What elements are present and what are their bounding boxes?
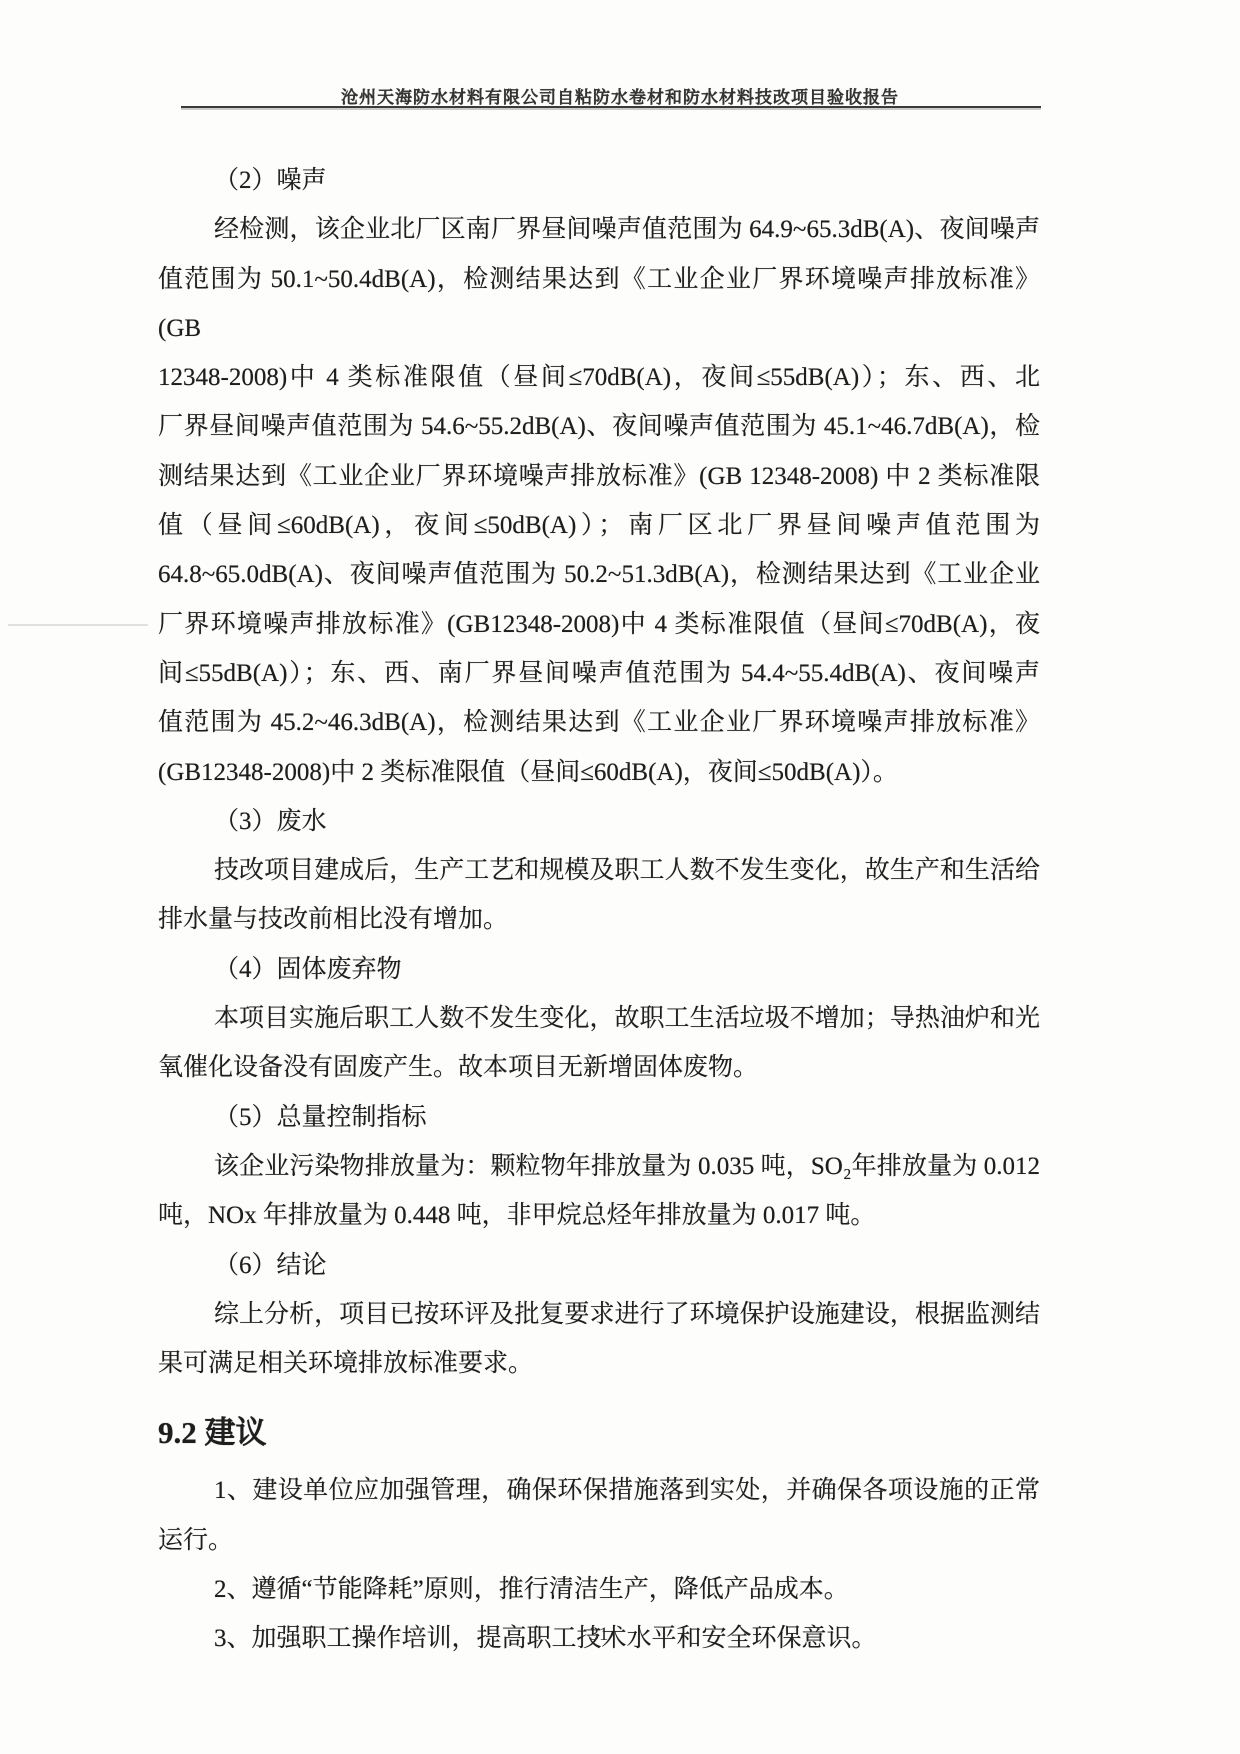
section-heading: 9.2 建议 bbox=[158, 1406, 1040, 1460]
paragraph: 该企业污染物排放量为：颗粒物年排放量为 0.035 吨，SO₂年排放量为 0.0… bbox=[158, 1142, 1040, 1241]
text-line: 该企业污染物排放量为：颗粒物年排放量为 0.035 吨，SO₂年排放量为 0.0… bbox=[158, 1142, 1040, 1191]
text-line: 运行。 bbox=[158, 1516, 1040, 1565]
text-line: 厂界环境噪声排放标准》(GB12348-2008)中 4 类标准限值（昼间≤70… bbox=[158, 600, 1040, 649]
page-footer: 31 bbox=[158, 1622, 1040, 1648]
text-line: 值范围为 45.2~46.3dB(A)，检测结果达到《工业企业厂界环境噪声排放标… bbox=[158, 698, 1040, 747]
text-line: 值范围为 50.1~50.4dB(A)，检测结果达到《工业企业厂界环境噪声排放标… bbox=[158, 255, 1040, 354]
paragraph: 技改项目建成后，生产工艺和规模及职工人数不发生变化，故生产和生活给排水量与技改前… bbox=[158, 846, 1040, 945]
text-line: 64.8~65.0dB(A)、夜间噪声值范围为 50.2~51.3dB(A)，检… bbox=[158, 550, 1040, 599]
page-number: 31 bbox=[590, 1624, 609, 1645]
text-line: 厂界昼间噪声值范围为 54.6~55.2dB(A)、夜间噪声值范围为 45.1~… bbox=[158, 402, 1040, 451]
text-line: 1、建设单位应加强管理，确保环保措施落到实处，并确保各项设施的正常 bbox=[158, 1466, 1040, 1515]
section-subheading: （3）废水 bbox=[158, 797, 1040, 846]
text-line: 测结果达到《工业企业厂界环境噪声排放标准》(GB 12348-2008) 中 2… bbox=[158, 452, 1040, 501]
paragraph: 2、遵循“节能降耗”原则，推行清洁生产，降低产品成本。 bbox=[158, 1565, 1040, 1614]
running-header-title: 沧州天海防水材料有限公司自粘防水卷材和防水材料技改项目验收报告 bbox=[0, 83, 1240, 108]
text-line: (GB12348-2008)中 2 类标准限值（昼间≤60dB(A)，夜间≤50… bbox=[158, 748, 1040, 797]
document-body: （2）噪声经检测，该企业北厂区南厂界昼间噪声值范围为 64.9~65.3dB(A… bbox=[158, 156, 1040, 1664]
section-subheading: （6）结论 bbox=[158, 1241, 1040, 1290]
section-subheading: （2）噪声 bbox=[158, 156, 1040, 205]
section-subheading: （4）固体废弃物 bbox=[158, 945, 1040, 994]
text-line: 经检测，该企业北厂区南厂界昼间噪声值范围为 64.9~65.3dB(A)、夜间噪… bbox=[158, 205, 1040, 254]
paragraph: 1、建设单位应加强管理，确保环保措施落到实处，并确保各项设施的正常运行。 bbox=[158, 1466, 1040, 1565]
text-line: 2、遵循“节能降耗”原则，推行清洁生产，降低产品成本。 bbox=[158, 1565, 1040, 1614]
paragraph: 综上分析，项目已按环评及批复要求进行了环境保护设施建设，根据监测结果可满足相关环… bbox=[158, 1290, 1040, 1389]
text-line: 值（昼间≤60dB(A)，夜间≤50dB(A)）；南厂区北厂界昼间噪声值范围为 bbox=[158, 501, 1040, 550]
header-rule bbox=[181, 106, 1041, 108]
text-line: 间≤55dB(A)）；东、西、南厂界昼间噪声值范围为 54.4~55.4dB(A… bbox=[158, 649, 1040, 698]
text-line: 综上分析，项目已按环评及批复要求进行了环境保护设施建设，根据监测结 bbox=[158, 1290, 1040, 1339]
text-line: 果可满足相关环境排放标准要求。 bbox=[158, 1339, 1040, 1388]
text-line: 吨，NOx 年排放量为 0.448 吨，非甲烷总烃年排放量为 0.017 吨。 bbox=[158, 1191, 1040, 1240]
scan-artifact-line bbox=[8, 624, 148, 626]
paragraph: 本项目实施后职工人数不发生变化，故职工生活垃圾不增加；导热油炉和光氧催化设备没有… bbox=[158, 994, 1040, 1093]
section-subheading: （5）总量控制指标 bbox=[158, 1093, 1040, 1142]
document-page: 沧州天海防水材料有限公司自粘防水卷材和防水材料技改项目验收报告 （2）噪声经检测… bbox=[0, 0, 1240, 1754]
paragraph: 经检测，该企业北厂区南厂界昼间噪声值范围为 64.9~65.3dB(A)、夜间噪… bbox=[158, 205, 1040, 797]
text-line: 技改项目建成后，生产工艺和规模及职工人数不发生变化，故生产和生活给 bbox=[158, 846, 1040, 895]
text-line: 本项目实施后职工人数不发生变化，故职工生活垃圾不增加；导热油炉和光 bbox=[158, 994, 1040, 1043]
text-line: 排水量与技改前相比没有增加。 bbox=[158, 895, 1040, 944]
text-line: 12348-2008)中 4 类标准限值（昼间≤70dB(A)，夜间≤55dB(… bbox=[158, 353, 1040, 402]
text-line: 氧催化设备没有固废产生。故本项目无新增固体废物。 bbox=[158, 1043, 1040, 1092]
